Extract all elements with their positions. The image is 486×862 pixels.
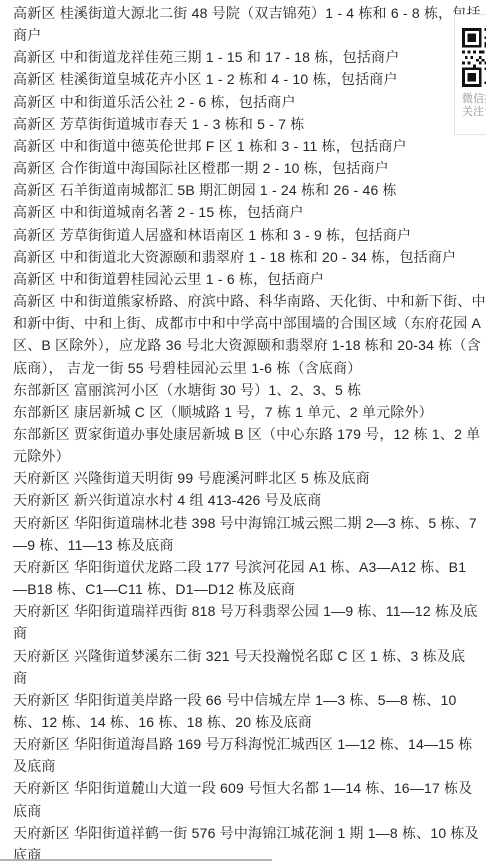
district-label: 天府新区 <box>13 736 70 752</box>
entry-line: 底商）， 吉龙一街 55 号碧桂园沁云里 1-6 栋（含底商） <box>13 357 454 379</box>
entry-line: 商 <box>13 667 454 689</box>
entry-line-text: 中和街道乐活公社 2 - 6 栋，包括商户 <box>60 94 296 110</box>
area-entry: 天府新区 华阳街道伏龙路二段 177 号滨河花园 A1 栋、A3—A12 栋、B… <box>13 556 454 600</box>
qr-caption-line1: 微信扫一扫 <box>462 93 486 106</box>
district-label: 东部新区 <box>13 382 70 398</box>
area-entry: 高新区 桂溪街道大源北二街 48 号院（双吉锦苑）1 - 4 栋和 6 - 8 … <box>13 2 454 46</box>
area-entry: 高新区 石羊街道南城都汇 5B 期汇朗园 1 - 24 栋和 26 - 46 栋 <box>13 179 454 201</box>
district-label: 高新区 <box>13 249 56 265</box>
area-entry: 东部新区 贾家街道办事处康居新城 B 区（中心东路 179 号，12 栋 1、2… <box>13 423 454 467</box>
entry-line-text: 兴隆街道天明街 99 号鹿溪河畔北区 5 栋及底商 <box>74 470 370 486</box>
entry-line-text: 芳草街街道城市春天 1 - 3 栋和 5 - 7 栋 <box>60 116 305 132</box>
qr-code-icon <box>462 28 486 87</box>
entry-line-text: 富丽滨河小区（水塘街 30 号）1、2、3、5 栋 <box>74 382 361 398</box>
entry-line: 天府新区 兴隆街道梦溪东二街 321 号天投瀚悦名邸 C 区 1 栋、3 栋及底 <box>13 645 454 667</box>
area-entry: 天府新区 新兴街道凉水村 4 组 413-426 号及底商 <box>13 489 454 511</box>
entry-line-text: 康居新城 C 区（顺城路 1 号，7 栋 1 单元、2 单元除外） <box>74 404 433 420</box>
district-label: 东部新区 <box>13 426 70 442</box>
entry-line: 高新区 中和街道碧桂园沁云里 1 - 6 栋，包括商户 <box>13 268 454 290</box>
entry-line: 底商 <box>13 800 454 822</box>
entry-line: 天府新区 兴隆街道天明街 99 号鹿溪河畔北区 5 栋及底商 <box>13 467 454 489</box>
entry-line-text: 石羊街道南城都汇 5B 期汇朗园 1 - 24 栋和 26 - 46 栋 <box>60 182 397 198</box>
entry-line: 天府新区 华阳街道伏龙路二段 177 号滨河花园 A1 栋、A3—A12 栋、B… <box>13 556 454 578</box>
area-entry: 高新区 合作街道中海国际社区橙郡一期 2 - 10 栋，包括商户 <box>13 157 454 179</box>
entry-line: 高新区 中和街道北大资源颐和翡翠府 1 - 18 栋和 20 - 34 栋，包括… <box>13 246 454 268</box>
entry-line: 高新区 桂溪街道皇城花卉小区 1 - 2 栋和 4 - 10 栋，包括商户 <box>13 68 454 90</box>
entry-line-text: 华阳街道美岸路一段 66 号中信城左岸 1—3 栋、5—8 栋、10 <box>74 692 457 708</box>
entry-line: 元除外） <box>13 445 454 467</box>
entry-line: 天府新区 华阳街道瑞祥西街 818 号万科翡翠公园 1—9 栋、11—12 栋及… <box>13 600 454 622</box>
wechat-qr-card[interactable]: 微信扫一扫 关注该公众号 <box>454 14 486 135</box>
entry-line: 东部新区 贾家街道办事处康居新城 B 区（中心东路 179 号，12 栋 1、2… <box>13 423 454 445</box>
entry-line-text: 桂溪街道大源北二街 48 号院（双吉锦苑）1 - 4 栋和 6 - 8 栋，包括 <box>60 5 481 21</box>
district-label: 天府新区 <box>13 780 70 796</box>
entry-line: 高新区 桂溪街道大源北二街 48 号院（双吉锦苑）1 - 4 栋和 6 - 8 … <box>13 2 454 24</box>
entry-line: —B18 栋、C1—C11 栋、D1—D12 栋及底商 <box>13 578 454 600</box>
entry-line: 商 <box>13 622 454 644</box>
area-entry: 高新区 中和街道城南名著 2 - 15 栋，包括商户 <box>13 201 454 223</box>
district-label: 天府新区 <box>13 603 70 619</box>
entry-line-text: 兴隆街道梦溪东二街 321 号天投瀚悦名邸 C 区 1 栋、3 栋及底 <box>74 648 465 664</box>
entry-line: 高新区 中和街道城南名著 2 - 15 栋，包括商户 <box>13 201 454 223</box>
entry-line: 天府新区 华阳街道麓山大道一段 609 号恒大名都 1—14 栋、16—17 栋… <box>13 777 454 799</box>
entry-line-text: 华阳街道伏龙路二段 177 号滨河花园 A1 栋、A3—A12 栋、B1 <box>74 559 466 575</box>
district-label: 高新区 <box>13 293 56 309</box>
area-entry: 天府新区 华阳街道美岸路一段 66 号中信城左岸 1—3 栋、5—8 栋、10栋… <box>13 689 454 733</box>
entry-line-text: 华阳街道麓山大道一段 609 号恒大名都 1—14 栋、16—17 栋及 <box>74 780 473 796</box>
district-label: 高新区 <box>13 160 56 176</box>
entry-line: —9 栋、11—13 栋及底商 <box>13 534 454 556</box>
entry-line: 高新区 芳草街街道城市春天 1 - 3 栋和 5 - 7 栋 <box>13 113 454 135</box>
entry-line: 及底商 <box>13 755 454 777</box>
area-entry: 天府新区 华阳街道海昌路 169 号万科海悦汇城西区 1—12 栋、14—15 … <box>13 733 454 777</box>
district-label: 天府新区 <box>13 559 70 575</box>
entry-line-text: 华阳街道祥鹤一街 576 号中海锦江城花涧 1 期 1—8 栋、10 栋及 <box>74 825 479 841</box>
entry-line: 天府新区 华阳街道瑞林北巷 398 号中海锦江城云熙二期 2—3 栋、5 栋、7 <box>13 512 454 534</box>
district-label: 高新区 <box>13 116 56 132</box>
entry-line: 高新区 石羊街道南城都汇 5B 期汇朗园 1 - 24 栋和 26 - 46 栋 <box>13 179 454 201</box>
district-label: 天府新区 <box>13 825 70 841</box>
area-entry: 高新区 中和街道熊家桥路、府滨中路、科华南路、天化街、中和新下街、中和新中街、中… <box>13 290 454 379</box>
area-entry: 东部新区 富丽滨河小区（水塘街 30 号）1、2、3、5 栋 <box>13 379 454 401</box>
area-entry: 高新区 桂溪街道皇城花卉小区 1 - 2 栋和 4 - 10 栋，包括商户 <box>13 68 454 90</box>
entry-line-text: 中和街道龙祥佳苑三期 1 - 15 和 17 - 18 栋，包括商户 <box>60 49 400 65</box>
entry-line: 天府新区 华阳街道海昌路 169 号万科海悦汇城西区 1—12 栋、14—15 … <box>13 733 454 755</box>
entry-line: 和新中街、中和上街、成都市中和中学高中部围墙的合围区域（东府花园 A <box>13 312 454 334</box>
entry-line-text: 中和街道北大资源颐和翡翠府 1 - 18 栋和 20 - 34 栋，包括商户 <box>60 249 457 265</box>
area-entry: 天府新区 华阳街道祥鹤一街 576 号中海锦江城花涧 1 期 1—8 栋、10 … <box>13 822 454 862</box>
district-label: 天府新区 <box>13 492 70 508</box>
area-list: 高新区 桂溪街道大源北二街 48 号院（双吉锦苑）1 - 4 栋和 6 - 8 … <box>13 2 454 862</box>
area-entry: 高新区 中和街道龙祥佳苑三期 1 - 15 和 17 - 18 栋，包括商户 <box>13 46 454 68</box>
area-entry: 天府新区 兴隆街道天明街 99 号鹿溪河畔北区 5 栋及底商 <box>13 467 454 489</box>
entry-line: 东部新区 富丽滨河小区（水塘街 30 号）1、2、3、5 栋 <box>13 379 454 401</box>
area-entry: 高新区 中和街道乐活公社 2 - 6 栋，包括商户 <box>13 91 454 113</box>
district-label: 高新区 <box>13 5 56 21</box>
bottom-divider <box>0 859 272 861</box>
entry-line: 高新区 合作街道中海国际社区橙郡一期 2 - 10 栋，包括商户 <box>13 157 454 179</box>
entry-line: 天府新区 华阳街道祥鹤一街 576 号中海锦江城花涧 1 期 1—8 栋、10 … <box>13 822 454 844</box>
district-label: 高新区 <box>13 271 56 287</box>
area-entry: 东部新区 康居新城 C 区（顺城路 1 号，7 栋 1 单元、2 单元除外） <box>13 401 454 423</box>
area-entry: 高新区 中和街道中德英伦世邦 F 区 1 栋和 3 - 11 栋，包括商户 <box>13 135 454 157</box>
area-entry: 天府新区 华阳街道麓山大道一段 609 号恒大名都 1—14 栋、16—17 栋… <box>13 777 454 821</box>
entry-line: 栋、12 栋、14 栋、16 栋、18 栋、20 栋及底商 <box>13 711 454 733</box>
district-label: 高新区 <box>13 204 56 220</box>
area-entry: 天府新区 华阳街道瑞林北巷 398 号中海锦江城云熙二期 2—3 栋、5 栋、7… <box>13 512 454 556</box>
area-entry: 高新区 中和街道碧桂园沁云里 1 - 6 栋，包括商户 <box>13 268 454 290</box>
entry-line: 区、B 区除外），应龙路 36 号北大资源颐和翡翠府 1-18 栋和 20-34… <box>13 334 454 356</box>
entry-line-text: 华阳街道瑞祥西街 818 号万科翡翠公园 1—9 栋、11—12 栋及底 <box>74 603 478 619</box>
area-entry: 天府新区 华阳街道瑞祥西街 818 号万科翡翠公园 1—9 栋、11—12 栋及… <box>13 600 454 644</box>
district-label: 高新区 <box>13 49 56 65</box>
entry-line: 商户 <box>13 24 454 46</box>
area-entry: 高新区 芳草街街道人居盛和林语南区 1 栋和 3 - 9 栋，包括商户 <box>13 224 454 246</box>
district-label: 高新区 <box>13 138 56 154</box>
entry-line: 高新区 中和街道熊家桥路、府滨中路、科华南路、天化街、中和新下街、中 <box>13 290 454 312</box>
entry-line-text: 贾家街道办事处康居新城 B 区（中心东路 179 号，12 栋 1、2 单 <box>74 426 480 442</box>
entry-line: 高新区 中和街道龙祥佳苑三期 1 - 15 和 17 - 18 栋，包括商户 <box>13 46 454 68</box>
district-label: 高新区 <box>13 182 56 198</box>
entry-line-text: 中和街道熊家桥路、府滨中路、科华南路、天化街、中和新下街、中 <box>60 293 486 309</box>
entry-line-text: 芳草街街道人居盛和林语南区 1 栋和 3 - 9 栋，包括商户 <box>60 227 412 243</box>
entry-line-text: 中和街道碧桂园沁云里 1 - 6 栋，包括商户 <box>60 271 324 287</box>
entry-line-text: 中和街道城南名著 2 - 15 栋，包括商户 <box>60 204 304 220</box>
district-label: 天府新区 <box>13 515 70 531</box>
entry-line-text: 桂溪街道皇城花卉小区 1 - 2 栋和 4 - 10 栋，包括商户 <box>60 71 398 87</box>
area-entry: 高新区 芳草街街道城市春天 1 - 3 栋和 5 - 7 栋 <box>13 113 454 135</box>
entry-line: 天府新区 新兴街道凉水村 4 组 413-426 号及底商 <box>13 489 454 511</box>
entry-line: 东部新区 康居新城 C 区（顺城路 1 号，7 栋 1 单元、2 单元除外） <box>13 401 454 423</box>
district-label: 天府新区 <box>13 692 70 708</box>
entry-line: 天府新区 华阳街道美岸路一段 66 号中信城左岸 1—3 栋、5—8 栋、10 <box>13 689 454 711</box>
district-label: 高新区 <box>13 71 56 87</box>
entry-line-text: 合作街道中海国际社区橙郡一期 2 - 10 栋，包括商户 <box>60 160 389 176</box>
entry-line: 高新区 芳草街街道人居盛和林语南区 1 栋和 3 - 9 栋，包括商户 <box>13 224 454 246</box>
entry-line: 高新区 中和街道乐活公社 2 - 6 栋，包括商户 <box>13 91 454 113</box>
district-label: 高新区 <box>13 94 56 110</box>
area-entry: 高新区 中和街道北大资源颐和翡翠府 1 - 18 栋和 20 - 34 栋，包括… <box>13 246 454 268</box>
district-label: 天府新区 <box>13 648 70 664</box>
area-entry: 天府新区 兴隆街道梦溪东二街 321 号天投瀚悦名邸 C 区 1 栋、3 栋及底… <box>13 645 454 689</box>
entry-line-text: 华阳街道瑞林北巷 398 号中海锦江城云熙二期 2—3 栋、5 栋、7 <box>74 515 477 531</box>
district-label: 天府新区 <box>13 470 70 486</box>
entry-line-text: 中和街道中德英伦世邦 F 区 1 栋和 3 - 11 栋，包括商户 <box>60 138 407 154</box>
entry-line: 高新区 中和街道中德英伦世邦 F 区 1 栋和 3 - 11 栋，包括商户 <box>13 135 454 157</box>
district-label: 高新区 <box>13 227 56 243</box>
qr-caption-line2: 关注该公众号 <box>462 106 486 119</box>
entry-line-text: 华阳街道海昌路 169 号万科海悦汇城西区 1—12 栋、14—15 栋 <box>74 736 473 752</box>
entry-line-text: 新兴街道凉水村 4 组 413-426 号及底商 <box>74 492 322 508</box>
district-label: 东部新区 <box>13 404 70 420</box>
